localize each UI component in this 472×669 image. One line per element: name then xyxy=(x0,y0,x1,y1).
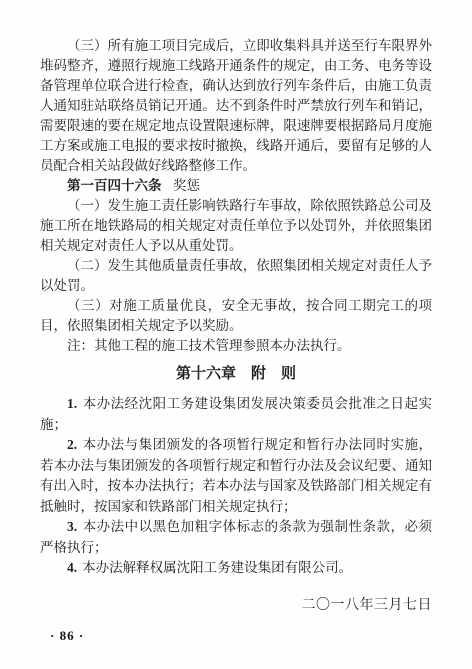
article-heading: 第一百四十六条奖惩 xyxy=(40,176,432,196)
chapter-heading: 第十六章 附 则 xyxy=(40,366,432,382)
paragraph: 注：其他工程的施工技术管理参照本办法执行。 xyxy=(40,336,432,356)
item-text: 本办法中以黑色加粗字体标志的条款为强制性条款，必须严格执行； xyxy=(40,519,432,555)
paragraph: （二）发生其他质量责任事故，依照集团相关规定对责任人予以处罚。 xyxy=(40,256,432,296)
document-page: （三）所有施工项目完成后，立即收集料具并送至行车限界外堆码整齐，遵照行规施工线路… xyxy=(0,0,472,669)
text-block: （三）所有施工项目完成后，立即收集料具并送至行车限界外堆码整齐，遵照行规施工线路… xyxy=(40,36,432,616)
appendix-item: 4.本办法解释权属沈阳工务建设集团有限公司。 xyxy=(40,558,432,579)
appendix-item: 3.本办法中以黑色加粗字体标志的条款为强制性条款，必须严格执行； xyxy=(40,517,432,558)
paragraph-list: （三）所有施工项目完成后，立即收集料具并送至行车限界外堆码整齐，遵照行规施工线路… xyxy=(40,36,432,356)
appendix-item: 1.本办法经沈阳工务建设集团发展决策委员会批准之日起实施； xyxy=(40,394,432,435)
item-text: 本办法解释权属沈阳工务建设集团有限公司。 xyxy=(82,560,352,575)
items-list: 1.本办法经沈阳工务建设集团发展决策委员会批准之日起实施；2.本办法与集团颁发的… xyxy=(40,394,432,579)
paragraph: （三）对施工质量优良，安全无事故，按合同工期完工的项目，依照集团相关规定予以奖励… xyxy=(40,296,432,336)
date-line: 二〇一八年三月七日 xyxy=(40,596,432,616)
item-number: 2. xyxy=(67,437,77,452)
paragraph: （一）发生施工责任影响铁路行车事故，除依照铁路总公司及施工所在地铁路局的相关规定… xyxy=(40,196,432,256)
item-text: 本办法经沈阳工务建设集团发展决策委员会批准之日起实施； xyxy=(40,396,432,432)
item-number: 4. xyxy=(67,560,77,575)
page-number: · 86 · xyxy=(50,628,84,644)
article-number: 第一百四十六条 xyxy=(67,178,162,193)
item-text: 本办法与集团颁发的各项暂行规定和暂行办法同时实施，若本办法与集团颁发的各项暂行规… xyxy=(40,437,432,514)
item-number: 1. xyxy=(67,396,77,411)
appendix-item: 2.本办法与集团颁发的各项暂行规定和暂行办法同时实施，若本办法与集团颁发的各项暂… xyxy=(40,435,432,517)
article-title: 奖惩 xyxy=(173,178,200,193)
item-number: 3. xyxy=(67,519,77,534)
paragraph: （三）所有施工项目完成后，立即收集料具并送至行车限界外堆码整齐，遵照行规施工线路… xyxy=(40,36,432,176)
